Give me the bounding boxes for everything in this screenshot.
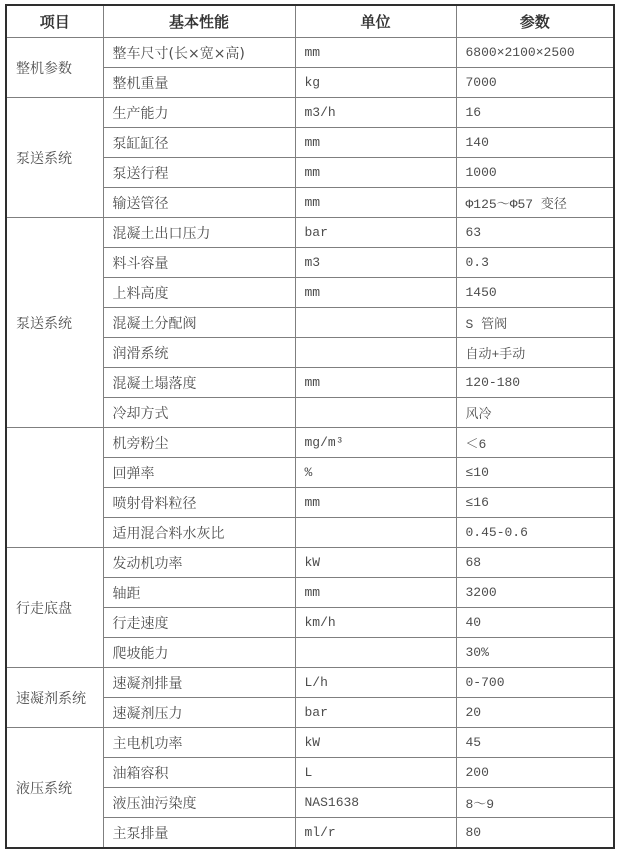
spec-name: 适用混合料水灰比 [103,518,295,548]
spec-name: 上料高度 [103,278,295,308]
spec-unit: mg/m³ [295,428,456,458]
spec-unit: mm [295,128,456,158]
group-label: 泵送系统 [6,98,103,218]
spec-name: 爬坡能力 [103,638,295,668]
spec-value: 120-180 [456,368,614,398]
spec-name: 泵送行程 [103,158,295,188]
spec-value: 1450 [456,278,614,308]
group-label [6,428,103,548]
spec-unit: mm [295,488,456,518]
table-row: 行走底盘发动机功率kW68 [6,548,614,578]
spec-page: 项目 基本性能 单位 参数 整机参数整车尺寸(长×宽×高)mm6800×2100… [0,0,618,849]
spec-unit: ml/r [295,818,456,849]
group-label: 泵送系统 [6,218,103,428]
spec-value: Φ125～Φ57 变径 [456,188,614,218]
spec-name: 油箱容积 [103,758,295,788]
spec-unit: bar [295,218,456,248]
header-row: 项目 基本性能 单位 参数 [6,5,614,38]
spec-table: 项目 基本性能 单位 参数 整机参数整车尺寸(长×宽×高)mm6800×2100… [5,4,615,849]
spec-name: 液压油污染度 [103,788,295,818]
spec-name: 生产能力 [103,98,295,128]
spec-name: 整车尺寸(长×宽×高) [103,38,295,68]
spec-unit: km/h [295,608,456,638]
spec-unit: mm [295,38,456,68]
spec-name: 喷射骨料粒径 [103,488,295,518]
col-header-item: 项目 [6,5,103,38]
table-row: 泵送系统混凝土出口压力bar63 [6,218,614,248]
spec-value: 1000 [456,158,614,188]
col-header-unit: 单位 [295,5,456,38]
spec-unit [295,308,456,338]
spec-name: 回弹率 [103,458,295,488]
spec-value: 63 [456,218,614,248]
spec-name: 泵缸缸径 [103,128,295,158]
table-row: 速凝剂系统速凝剂排量L/h0-700 [6,668,614,698]
group-label: 整机参数 [6,38,103,98]
spec-name: 轴距 [103,578,295,608]
spec-name: 输送管径 [103,188,295,218]
spec-name: 混凝土出口压力 [103,218,295,248]
spec-value: ≤16 [456,488,614,518]
spec-value: 40 [456,608,614,638]
spec-name: 混凝土塌落度 [103,368,295,398]
spec-value: 16 [456,98,614,128]
spec-unit: mm [295,578,456,608]
spec-value: 68 [456,548,614,578]
spec-value: 0.45-0.6 [456,518,614,548]
spec-unit: kW [295,548,456,578]
spec-name: 主电机功率 [103,728,295,758]
spec-name: 速凝剂排量 [103,668,295,698]
table-row: 泵送系统生产能力m3/h16 [6,98,614,128]
spec-name: 发动机功率 [103,548,295,578]
col-header-performance: 基本性能 [103,5,295,38]
spec-name: 速凝剂压力 [103,698,295,728]
col-header-parameter: 参数 [456,5,614,38]
spec-value: 3200 [456,578,614,608]
spec-unit: L/h [295,668,456,698]
spec-name: 主泵排量 [103,818,295,849]
spec-value: 0.3 [456,248,614,278]
spec-unit: mm [295,368,456,398]
spec-name: 料斗容量 [103,248,295,278]
spec-unit: m3 [295,248,456,278]
spec-name: 行走速度 [103,608,295,638]
group-label: 速凝剂系统 [6,668,103,728]
spec-unit [295,638,456,668]
spec-name: 整机重量 [103,68,295,98]
spec-unit [295,338,456,368]
spec-unit: mm [295,158,456,188]
group-label: 液压系统 [6,728,103,849]
spec-value: 140 [456,128,614,158]
spec-value: S 管阀 [456,308,614,338]
spec-name: 润滑系统 [103,338,295,368]
spec-unit: % [295,458,456,488]
spec-value: 自动+手动 [456,338,614,368]
spec-value: 8～9 [456,788,614,818]
group-label: 行走底盘 [6,548,103,668]
spec-value: 80 [456,818,614,849]
spec-unit: mm [295,278,456,308]
spec-unit: kg [295,68,456,98]
spec-unit: kW [295,728,456,758]
spec-name: 混凝土分配阀 [103,308,295,338]
spec-table-body: 整机参数整车尺寸(长×宽×高)mm6800×2100×2500整机重量kg700… [6,38,614,849]
spec-unit: m3/h [295,98,456,128]
table-row: 整机参数整车尺寸(长×宽×高)mm6800×2100×2500 [6,38,614,68]
spec-unit: NAS1638 [295,788,456,818]
spec-value: 6800×2100×2500 [456,38,614,68]
spec-value: ＜6 [456,428,614,458]
table-row: 机旁粉尘mg/m³＜6 [6,428,614,458]
spec-unit [295,398,456,428]
spec-unit: bar [295,698,456,728]
spec-value: 风冷 [456,398,614,428]
spec-value: 30% [456,638,614,668]
spec-value: 20 [456,698,614,728]
spec-unit [295,518,456,548]
spec-value: 0-700 [456,668,614,698]
table-row: 液压系统主电机功率kW45 [6,728,614,758]
spec-value: 7000 [456,68,614,98]
spec-value: 45 [456,728,614,758]
spec-unit: L [295,758,456,788]
spec-value: ≤10 [456,458,614,488]
spec-value: 200 [456,758,614,788]
spec-unit: mm [295,188,456,218]
spec-name: 冷却方式 [103,398,295,428]
spec-name: 机旁粉尘 [103,428,295,458]
